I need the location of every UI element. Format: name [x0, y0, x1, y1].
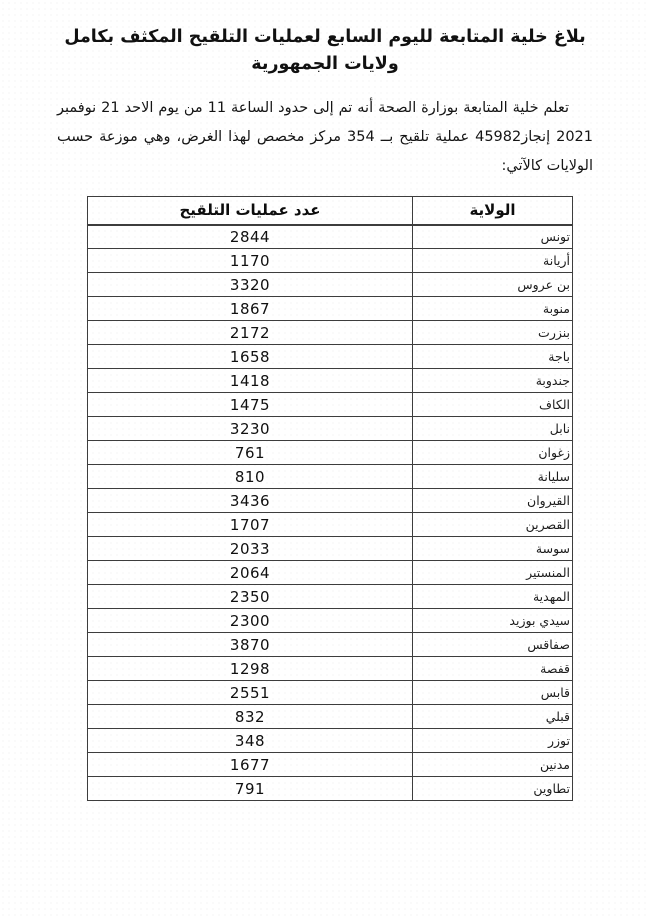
table-row: الكاف1475 [88, 393, 573, 417]
governorate-cell: المهدية [413, 585, 573, 609]
governorate-cell: سليانة [413, 465, 573, 489]
count-cell: 1170 [88, 249, 413, 273]
table-row: تطاوين791 [88, 777, 573, 801]
table-row: قفصة1298 [88, 657, 573, 681]
governorate-cell: باجة [413, 345, 573, 369]
count-cell: 2172 [88, 321, 413, 345]
count-cell: 791 [88, 777, 413, 801]
governorate-cell: صفاقس [413, 633, 573, 657]
governorate-cell: المنستير [413, 561, 573, 585]
vaccination-table: الولاية عدد عمليات التلقيح تونس2844أريان… [87, 196, 573, 801]
governorate-cell: بنزرت [413, 321, 573, 345]
governorate-cell: توزر [413, 729, 573, 753]
count-cell: 810 [88, 465, 413, 489]
count-cell: 832 [88, 705, 413, 729]
governorate-cell: تطاوين [413, 777, 573, 801]
table-row: القصرين1707 [88, 513, 573, 537]
governorate-cell: الكاف [413, 393, 573, 417]
table-row: جندوبة1418 [88, 369, 573, 393]
table-row: بن عروس3320 [88, 273, 573, 297]
intro-paragraph: تعلم خلية المتابعة بوزارة الصحة أنه تم إ… [57, 94, 593, 181]
governorate-column-header: الولاية [413, 197, 573, 225]
governorate-cell: نابل [413, 417, 573, 441]
table-row: تونس2844 [88, 225, 573, 249]
governorate-cell: قبلي [413, 705, 573, 729]
count-cell: 1677 [88, 753, 413, 777]
table-header-row: الولاية عدد عمليات التلقيح [88, 197, 573, 225]
count-cell: 3436 [88, 489, 413, 513]
governorate-cell: قابس [413, 681, 573, 705]
count-cell: 3320 [88, 273, 413, 297]
count-cell: 1867 [88, 297, 413, 321]
table-row: أريانة1170 [88, 249, 573, 273]
table-row: قابس2551 [88, 681, 573, 705]
governorate-cell: القيروان [413, 489, 573, 513]
table-body: تونس2844أريانة1170بن عروس3320منوبة1867بن… [88, 225, 573, 801]
table-row: قبلي832 [88, 705, 573, 729]
governorate-cell: بن عروس [413, 273, 573, 297]
governorate-cell: زغوان [413, 441, 573, 465]
count-cell: 3870 [88, 633, 413, 657]
governorate-cell: منوبة [413, 297, 573, 321]
count-cell: 3230 [88, 417, 413, 441]
count-cell: 2300 [88, 609, 413, 633]
table-row: المهدية2350 [88, 585, 573, 609]
count-cell: 2844 [88, 225, 413, 249]
document-title: بلاغ خلية المتابعة لليوم السابع لعمليات … [58, 24, 592, 78]
governorate-cell: مدنين [413, 753, 573, 777]
count-cell: 761 [88, 441, 413, 465]
table-row: سوسة2033 [88, 537, 573, 561]
governorate-cell: القصرين [413, 513, 573, 537]
table-row: صفاقس3870 [88, 633, 573, 657]
count-cell: 348 [88, 729, 413, 753]
governorate-cell: أريانة [413, 249, 573, 273]
governorate-cell: جندوبة [413, 369, 573, 393]
count-cell: 1475 [88, 393, 413, 417]
count-cell: 2033 [88, 537, 413, 561]
table-row: زغوان761 [88, 441, 573, 465]
count-cell: 1658 [88, 345, 413, 369]
table-row: باجة1658 [88, 345, 573, 369]
table-row: القيروان3436 [88, 489, 573, 513]
count-column-header: عدد عمليات التلقيح [88, 197, 413, 225]
count-cell: 1707 [88, 513, 413, 537]
table-row: منوبة1867 [88, 297, 573, 321]
count-cell: 2350 [88, 585, 413, 609]
governorate-cell: قفصة [413, 657, 573, 681]
table-row: نابل3230 [88, 417, 573, 441]
table-row: المنستير2064 [88, 561, 573, 585]
count-cell: 2551 [88, 681, 413, 705]
table-row: بنزرت2172 [88, 321, 573, 345]
count-cell: 1298 [88, 657, 413, 681]
governorate-cell: تونس [413, 225, 573, 249]
count-cell: 1418 [88, 369, 413, 393]
table-row: سيدي بوزيد2300 [88, 609, 573, 633]
table-row: سليانة810 [88, 465, 573, 489]
count-cell: 2064 [88, 561, 413, 585]
table-row: مدنين1677 [88, 753, 573, 777]
table-row: توزر348 [88, 729, 573, 753]
governorate-cell: سوسة [413, 537, 573, 561]
governorate-cell: سيدي بوزيد [413, 609, 573, 633]
document-page: بلاغ خلية المتابعة لليوم السابع لعمليات … [0, 0, 650, 919]
